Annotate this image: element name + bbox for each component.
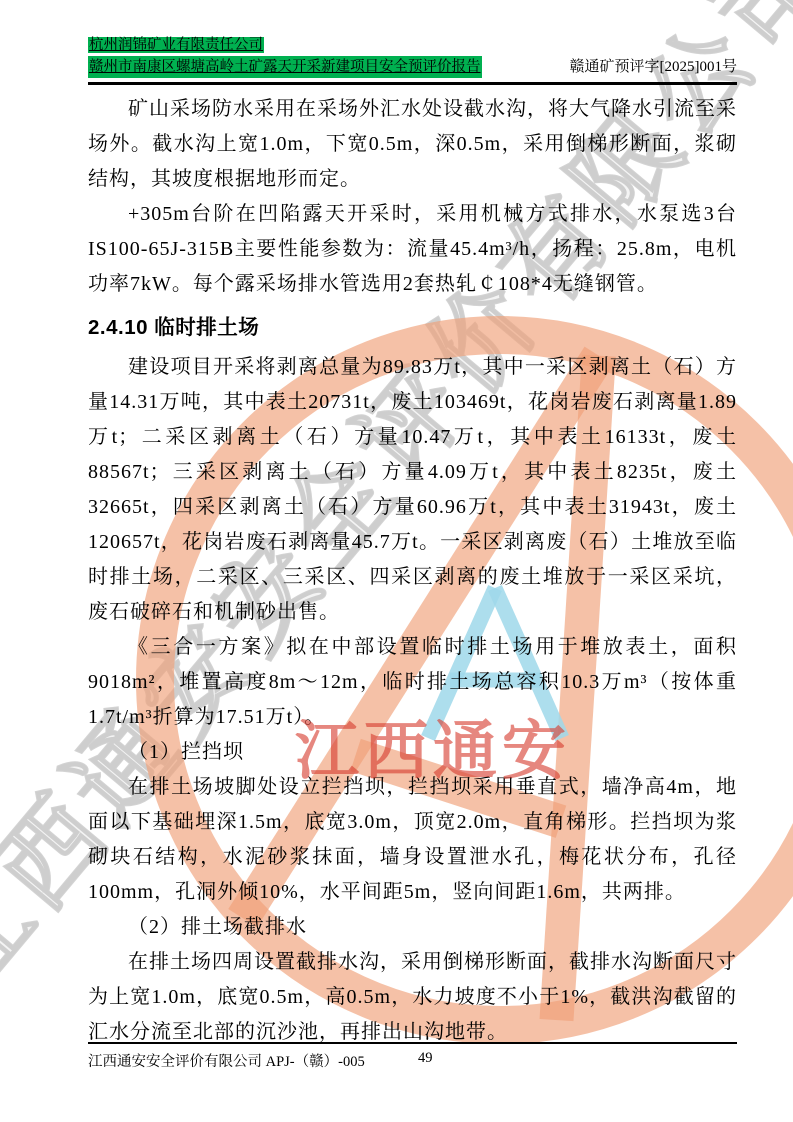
header-doc-number: 赣通矿预评字[2025]001号 — [570, 56, 738, 78]
document-page: 江西通安安全评价有限公司 杭州润锦矿业有限责任公司 赣州市南康区螺塘高岭土矿露天… — [0, 0, 793, 1122]
page-header: 杭州润锦矿业有限责任公司 赣州市南康区螺塘高岭土矿露天开采新建项目安全预评价报告… — [88, 34, 737, 85]
page-footer: 江西通安安全评价有限公司 APJ-（赣）-005 49 — [88, 1042, 737, 1071]
paragraph-pump-drainage: +305m台阶在凹陷露天开采时，采用机械方式排水，水泵选3台IS100-65J-… — [88, 197, 737, 302]
header-company-name: 杭州润锦矿业有限责任公司 — [88, 37, 264, 53]
header-company-line: 杭州润锦矿业有限责任公司 — [88, 34, 737, 56]
paragraph-drainage-ditch: 矿山采场防水采用在采场外汇水处设截水沟，将大气降水引流至采场外。截水沟上宽1.0… — [88, 92, 737, 197]
header-title-line: 赣州市南康区螺塘高岭土矿露天开采新建项目安全预评价报告 赣通矿预评字[2025]… — [88, 56, 737, 78]
footer-page-number: 49 — [418, 1050, 433, 1067]
watermark-red-company-text: 江西通安 — [295, 700, 571, 792]
item-heading-dump-drainage: （2）排土场截排水 — [88, 910, 737, 945]
footer-company-code: 江西通安安全评价有限公司 APJ-（赣）-005 — [88, 1054, 365, 1070]
header-report-title: 赣州市南康区螺塘高岭土矿露天开采新建项目安全预评价报告 — [88, 56, 482, 78]
document-body: 矿山采场防水采用在采场外汇水处设截水沟，将大气降水引流至采场外。截水沟上宽1.0… — [88, 92, 737, 1050]
paragraph-stripping-volumes: 建设项目开采将剥离总量为89.83万t，其中一采区剥离土（石）方量14.31万吨… — [88, 350, 737, 630]
section-heading-2-4-10: 2.4.10 临时排土场 — [88, 310, 737, 345]
paragraph-dump-drainage: 在排土场四周设置截排水沟，采用倒梯形断面，截排水沟断面尺寸为上宽1.0m，底宽0… — [88, 945, 737, 1050]
